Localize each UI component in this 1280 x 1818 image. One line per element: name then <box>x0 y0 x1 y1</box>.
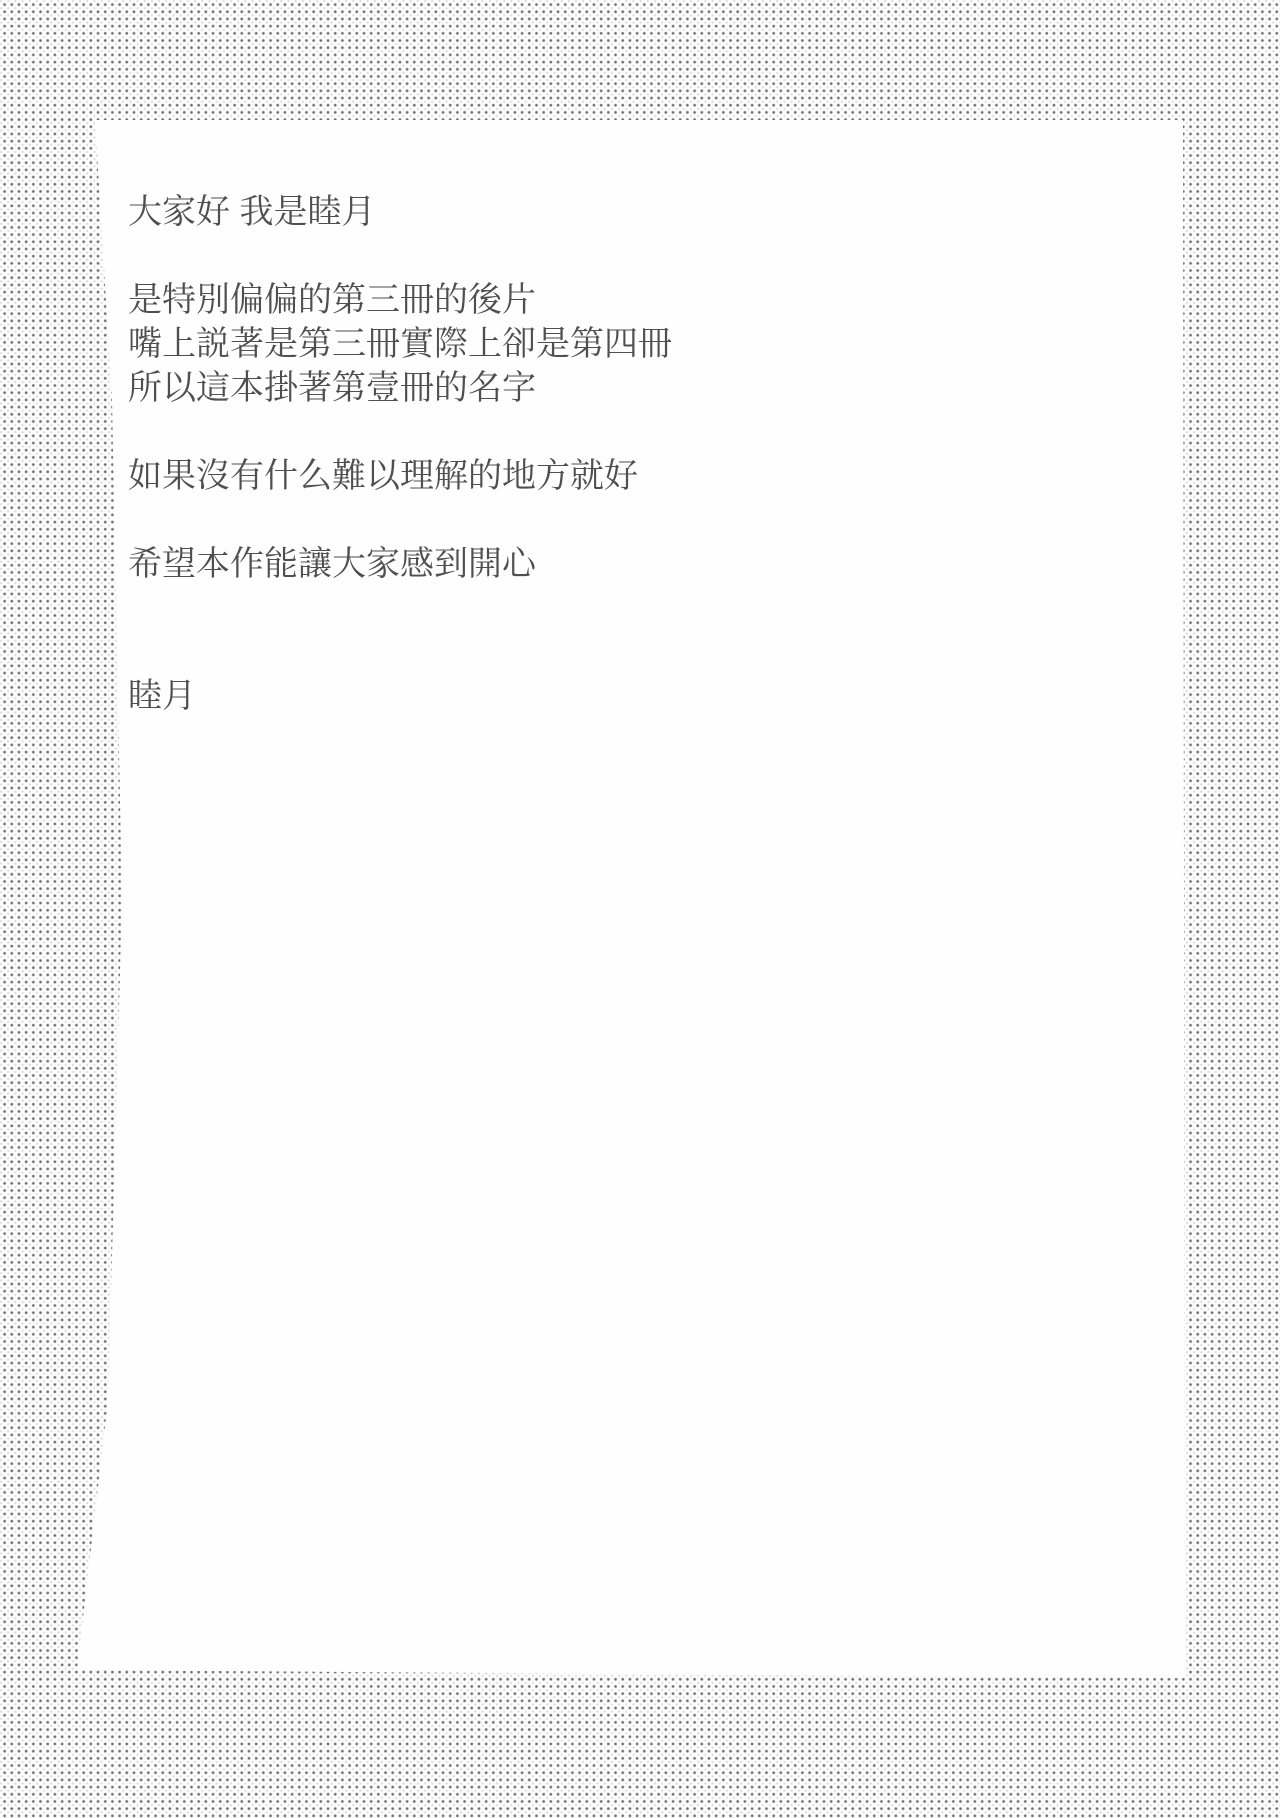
afterword-line: 如果沒有什么難以理解的地方就好 <box>128 454 1028 498</box>
afterword-line-signature: 睦月 <box>128 674 1028 718</box>
afterword-line: 希望本作能讓大家感到開心 <box>128 542 1028 586</box>
afterword-line-blank <box>128 498 1028 542</box>
afterword-line-greeting: 大家好 我是睦月 <box>128 190 1028 234</box>
afterword-line-blank <box>128 630 1028 674</box>
afterword-line-blank <box>128 234 1028 278</box>
afterword-line-blank <box>128 410 1028 454</box>
afterword-text: 大家好 我是睦月 是特別偏偏的第三冊的後片 嘴上説著是第三冊實際上卻是第四冊 所… <box>128 190 1028 718</box>
afterword-line: 嘴上説著是第三冊實際上卻是第四冊 <box>128 322 1028 366</box>
afterword-line: 是特別偏偏的第三冊的後片 <box>128 278 1028 322</box>
afterword-line-blank <box>128 586 1028 630</box>
afterword-line: 所以這本掛著第壹冊的名字 <box>128 366 1028 410</box>
paper-page: 大家好 我是睦月 是特別偏偏的第三冊的後片 嘴上説著是第三冊實際上卻是第四冊 所… <box>77 120 1185 1678</box>
